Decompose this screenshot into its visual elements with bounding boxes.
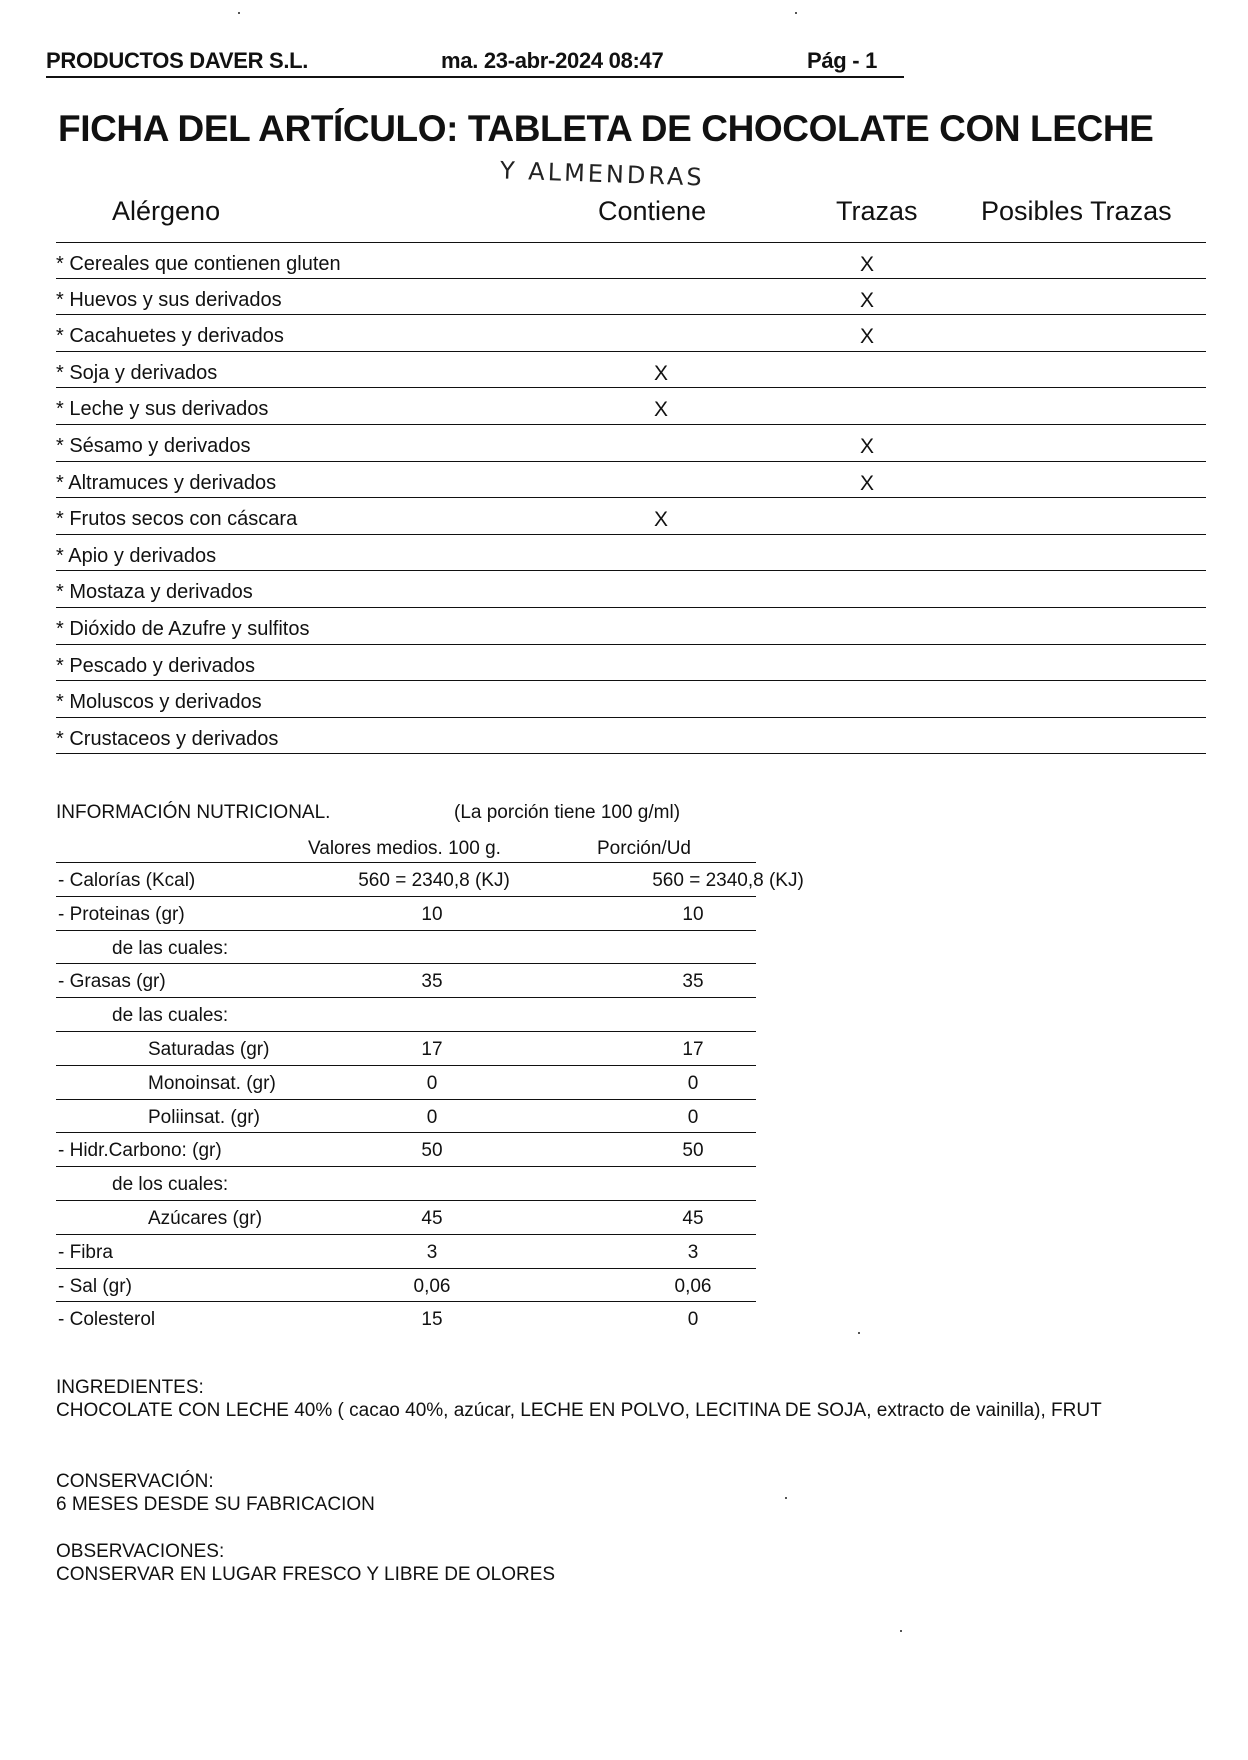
allergen-name: * Soja y derivados (56, 362, 217, 385)
page-number: Pág - 1 (807, 48, 877, 74)
value-portion: 0 (688, 1073, 699, 1095)
value-portion: 3 (688, 1242, 699, 1264)
table-row: - Hidr.Carbono: (gr)5050 (56, 1132, 756, 1166)
nutrient-label: - Calorías (Kcal) (58, 870, 195, 892)
nutrient-label: Monoinsat. (gr) (148, 1073, 276, 1095)
table-row: de las cuales: (56, 997, 756, 1031)
nutrient-label: Saturadas (gr) (148, 1039, 269, 1061)
allergen-name: * Dióxido de Azufre y sulfitos (56, 618, 309, 641)
value-per100: 3 (427, 1242, 438, 1264)
table-row: * Pescado y derivados (56, 645, 1206, 682)
table-row: * Huevos y sus derivadosX (56, 279, 1206, 316)
table-row: * Cereales que contienen glutenX (56, 242, 1206, 279)
table-row: * Crustaceos y derivados (56, 718, 1206, 755)
handwritten-note: Y ALMENDRAS (500, 156, 706, 191)
nutrient-label: - Colesterol (58, 1309, 155, 1331)
table-row: Poliinsat. (gr)00 (56, 1099, 756, 1133)
nutrition-table: - Calorías (Kcal)560 = 2340,8 (KJ)560 = … (56, 862, 756, 1335)
table-row: de las cuales: (56, 930, 756, 964)
allergen-name: * Cacahuetes y derivados (56, 325, 284, 348)
traces-mark: X (860, 435, 874, 459)
ingredients-text: CHOCOLATE CON LECHE 40% ( cacao 40%, azú… (56, 1399, 1102, 1422)
traces-mark: X (860, 325, 874, 349)
value-per100: 15 (421, 1309, 442, 1331)
table-row: * Mostaza y derivados (56, 571, 1206, 608)
allergen-name: * Altramuces y derivados (56, 472, 276, 495)
value-per100: 10 (421, 904, 442, 926)
value-per100: 560 = 2340,8 (KJ) (358, 870, 510, 892)
table-row: Monoinsat. (gr)00 (56, 1065, 756, 1099)
col-header-contains: Contiene (598, 196, 706, 227)
observations-text: CONSERVAR EN LUGAR FRESCO Y LIBRE DE OLO… (56, 1563, 555, 1586)
allergen-name: * Crustaceos y derivados (56, 728, 278, 751)
contains-mark: X (654, 508, 668, 532)
contains-mark: X (654, 362, 668, 386)
ingredients-heading: INGREDIENTES: (56, 1376, 204, 1399)
conservation-text: 6 MESES DESDE SU FABRICACION (56, 1493, 375, 1516)
table-row: * Moluscos y derivados (56, 681, 1206, 718)
col-header-allergen: Alérgeno (112, 196, 220, 227)
value-per100: 17 (421, 1039, 442, 1061)
conservation-heading: CONSERVACIÓN: (56, 1470, 214, 1493)
table-row: - Grasas (gr)3535 (56, 963, 756, 997)
page-title: FICHA DEL ARTÍCULO: TABLETA DE CHOCOLATE… (58, 108, 1153, 150)
nutrient-label: Azúcares (gr) (148, 1208, 262, 1230)
table-row: - Sal (gr)0,060,06 (56, 1268, 756, 1302)
allergen-name: * Frutos secos con cáscara (56, 508, 297, 531)
table-row: * Sésamo y derivadosX (56, 425, 1206, 462)
table-row: * Dióxido de Azufre y sulfitos (56, 608, 1206, 645)
scan-speck (785, 1497, 787, 1499)
value-portion: 17 (682, 1039, 703, 1061)
print-datetime: ma. 23-abr-2024 08:47 (441, 48, 663, 74)
value-per100: 35 (421, 971, 442, 993)
table-row: Saturadas (gr)1717 (56, 1031, 756, 1065)
allergen-name: * Cereales que contienen gluten (56, 253, 341, 276)
allergen-name: * Leche y sus derivados (56, 398, 268, 421)
allergen-name: * Huevos y sus derivados (56, 289, 282, 312)
traces-mark: X (860, 472, 874, 496)
allergen-name: * Pescado y derivados (56, 655, 255, 678)
scan-speck (238, 12, 240, 14)
value-per100: 0,06 (414, 1276, 451, 1298)
value-per100: 0 (427, 1073, 438, 1095)
value-portion: 0 (688, 1107, 699, 1129)
observations-heading: OBSERVACIONES: (56, 1540, 224, 1563)
scan-speck (900, 1630, 902, 1632)
table-row: * Leche y sus derivadosX (56, 388, 1206, 425)
table-row: * Cacahuetes y derivadosX (56, 315, 1206, 352)
nutrient-label: de los cuales: (112, 1174, 228, 1196)
value-portion: 35 (682, 971, 703, 993)
col-header-per100: Valores medios. 100 g. (308, 838, 501, 860)
table-row: * Frutos secos con cáscaraX (56, 498, 1206, 535)
table-row: Azúcares (gr)4545 (56, 1200, 756, 1234)
company-name: PRODUCTOS DAVER S.L. (46, 48, 308, 74)
table-row: - Colesterol150 (56, 1301, 756, 1335)
scan-speck (795, 12, 797, 14)
traces-mark: X (860, 289, 874, 313)
value-portion: 0,06 (675, 1276, 712, 1298)
value-portion: 10 (682, 904, 703, 926)
header-underline (46, 76, 904, 78)
portion-note: (La porción tiene 100 g/ml) (454, 802, 680, 824)
traces-mark: X (860, 253, 874, 277)
nutrition-title: INFORMACIÓN NUTRICIONAL. (56, 802, 330, 824)
col-header-traces: Trazas (836, 196, 918, 227)
col-header-possible-traces: Posibles Trazas (981, 196, 1172, 227)
value-portion: 50 (682, 1140, 703, 1162)
table-row: * Apio y derivados (56, 535, 1206, 572)
value-per100: 0 (427, 1107, 438, 1129)
allergen-name: * Mostaza y derivados (56, 581, 253, 604)
nutrient-label: - Hidr.Carbono: (gr) (58, 1140, 222, 1162)
value-portion: 0 (688, 1309, 699, 1331)
value-portion: 560 = 2340,8 (KJ) (652, 870, 804, 892)
table-row: * Altramuces y derivadosX (56, 462, 1206, 499)
table-row: * Soja y derivadosX (56, 352, 1206, 389)
allergen-name: * Moluscos y derivados (56, 691, 262, 714)
allergen-name: * Sésamo y derivados (56, 435, 251, 458)
value-per100: 45 (421, 1208, 442, 1230)
allergen-table: * Cereales que contienen glutenX* Huevos… (56, 242, 1206, 754)
allergen-name: * Apio y derivados (56, 545, 216, 568)
value-per100: 50 (421, 1140, 442, 1162)
nutrient-label: Poliinsat. (gr) (148, 1107, 260, 1129)
nutrient-label: - Grasas (gr) (58, 971, 166, 993)
nutrient-label: de las cuales: (112, 938, 228, 960)
nutrient-label: - Proteinas (gr) (58, 904, 185, 926)
table-row: de los cuales: (56, 1166, 756, 1200)
table-row: - Proteinas (gr)1010 (56, 896, 756, 930)
table-row: - Fibra33 (56, 1234, 756, 1268)
nutrient-label: - Fibra (58, 1242, 113, 1264)
value-portion: 45 (682, 1208, 703, 1230)
nutrient-label: - Sal (gr) (58, 1276, 132, 1298)
contains-mark: X (654, 398, 668, 422)
col-header-portion: Porción/Ud (597, 838, 691, 860)
nutrient-label: de las cuales: (112, 1005, 228, 1027)
table-row: - Calorías (Kcal)560 = 2340,8 (KJ)560 = … (56, 862, 756, 896)
scan-speck (858, 1332, 860, 1334)
